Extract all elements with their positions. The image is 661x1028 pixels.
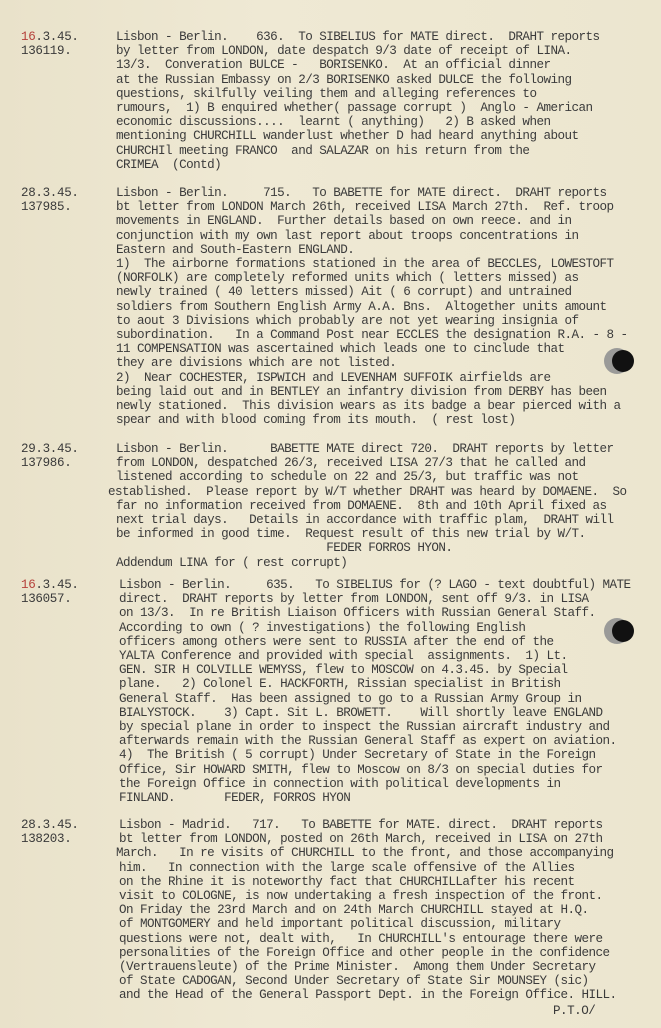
- text-line: questions were not, dealt with, In CHURC…: [119, 932, 656, 946]
- entry-ref: 136057.: [21, 592, 79, 606]
- text-line: by special plane in order to inspect the…: [119, 720, 656, 734]
- text-line: mentioning CHURCHILL wanderlust whether …: [116, 129, 656, 143]
- text-line: CRIMEA (Contd): [116, 158, 656, 172]
- text-line: 1) The airborne formations stationed in …: [116, 257, 656, 271]
- text-line: Lisbon - Berlin. BABETTE MATE direct 720…: [116, 442, 656, 456]
- text-line: economic discussions.... learnt ( anythi…: [116, 115, 656, 129]
- entry-meta: 28.3.45. 138203.: [21, 818, 79, 846]
- text-line: the Foreign Office in connection with po…: [119, 777, 656, 791]
- text-line: rumours, 1) B enquired whether( passage …: [116, 101, 656, 115]
- entry-date: 16.3.45.: [21, 578, 79, 592]
- text-line: personalities of the Foreign Office and …: [119, 946, 656, 960]
- text-line: questions, skilfully veiling them and al…: [116, 87, 656, 101]
- text-line: (Vertrauensleute) of the Prime Minister.…: [119, 960, 656, 974]
- entry-ref: 136119.: [21, 44, 79, 58]
- text-line: officers among others were sent to RUSSI…: [119, 635, 656, 649]
- entry-ref: 137985.: [21, 200, 79, 214]
- text-line: soldiers from Southern English Army A.A.…: [116, 300, 656, 314]
- text-line: 11 COMPENSATION was ascertained which le…: [116, 342, 656, 356]
- entry-ref: 138203.: [21, 832, 79, 846]
- text-line: CHURCHIl meeting FRANCO and SALAZAR on h…: [116, 144, 656, 158]
- text-line: be informed in good time. Request result…: [116, 527, 656, 541]
- text-line: Addendum LINA for ( rest corrupt): [116, 556, 656, 570]
- text-line: Lisbon - Madrid. 717. To BABETTE for MAT…: [119, 818, 656, 832]
- text-line: him. In connection with the large scale …: [119, 861, 656, 875]
- text-line: conjunction with my own last report abou…: [116, 229, 656, 243]
- text-line: Lisbon - Berlin. 715. To BABETTE for MAT…: [116, 186, 656, 200]
- entry-body: Lisbon - Berlin. 715. To BABETTE for MAT…: [116, 186, 656, 427]
- text-line: GEN. SIR H COLVILLE WEMYSS, flew to MOSC…: [119, 663, 656, 677]
- text-line: and the Head of the General Passport Dep…: [119, 988, 656, 1002]
- page-footer-pto: P.T.O/: [553, 1004, 595, 1018]
- text-line: Lisbon - Berlin. 636. To SIBELIUS for MA…: [116, 30, 656, 44]
- text-line: they are divisions which are not listed.: [116, 356, 656, 370]
- entry-body: Lisbon - Berlin. 635. To SIBELIUS for (?…: [116, 578, 656, 805]
- text-line: (NORFOLK) are completely reformed units …: [116, 271, 656, 285]
- text-line: afterwards remain with the Russian Gener…: [119, 734, 656, 748]
- text-line: next trial days. Details in accordance w…: [116, 513, 656, 527]
- text-line: bt letter from LONDON March 26th, receiv…: [116, 200, 656, 214]
- entry-meta: 16.3.45. 136119.: [21, 30, 79, 58]
- entry-body: Lisbon - Madrid. 717. To BABETTE for MAT…: [116, 818, 656, 1003]
- punch-hole: [612, 620, 634, 642]
- text-line: spear and with blood coming from its mou…: [116, 413, 656, 427]
- text-line: newly stationed. This division wears as …: [116, 399, 656, 413]
- entry-date: 29.3.45.: [21, 442, 79, 456]
- text-line: at the Russian Embassy on 2/3 BORISENKO …: [116, 73, 656, 87]
- text-line: on the Rhine it is noteworthy fact that …: [119, 875, 656, 889]
- text-line: According to own ( ? investigations) the…: [119, 621, 656, 635]
- text-line: Eastern and South-Eastern ENGLAND.: [116, 243, 656, 257]
- text-line: to aout 3 Divisions which probably are n…: [116, 314, 656, 328]
- text-line: by letter from LONDON, date despatch 9/3…: [116, 44, 656, 58]
- text-line: from LONDON, despatched 26/3, received L…: [116, 456, 656, 470]
- punch-hole: [612, 350, 634, 372]
- text-line: YALTA Conference and provided with speci…: [119, 649, 656, 663]
- text-line: visit to COLOGNE, is now undertaking a f…: [119, 889, 656, 903]
- text-line: March. In re visits of CHURCHILL to the …: [116, 846, 656, 860]
- text-line: established. Please report by W/T whethe…: [108, 485, 656, 499]
- entry-body: Lisbon - Berlin. 636. To SIBELIUS for MA…: [116, 30, 656, 172]
- text-line: FINLAND. FEDER, FORROS HYON: [119, 791, 656, 805]
- text-line: being laid out and in BENTLEY an infantr…: [116, 385, 656, 399]
- document-page: 16.3.45. 136119. Lisbon - Berlin. 636. T…: [0, 0, 661, 1028]
- entry-meta: 16.3.45. 136057.: [21, 578, 79, 606]
- text-line: On Friday the 23rd March and on 24th Mar…: [119, 903, 656, 917]
- text-line: 13/3. Converation BULCE - BORISENKO. At …: [116, 58, 656, 72]
- text-line: 4) The British ( 5 corrupt) Under Secret…: [119, 748, 656, 762]
- text-line: listened according to schedule on 22 and…: [116, 470, 656, 484]
- text-line: direct. DRAHT reports by letter from LON…: [119, 592, 656, 606]
- text-line: General Staff. Has been assigned to go t…: [119, 692, 656, 706]
- text-line: plane. 2) Colonel E. HACKFORTH, Rissian …: [119, 677, 656, 691]
- text-line: newly trained ( 40 letters missed) Ait (…: [116, 285, 656, 299]
- text-line: of State CADOGAN, Second Under Secretary…: [119, 974, 656, 988]
- text-line: Office, Sir HOWARD SMITH, flew to Moscow…: [119, 763, 656, 777]
- text-line: on 13/3. In re British Liaison Officers …: [119, 606, 656, 620]
- text-line: of MONTGOMERY and held important politic…: [119, 917, 656, 931]
- entry-meta: 29.3.45. 137986.: [21, 442, 79, 470]
- text-line: far no information received from DOMAENE…: [116, 499, 656, 513]
- text-line: 2) Near COCHESTER, ISPWICH and LEVENHAM …: [116, 371, 656, 385]
- text-line: movements in ENGLAND. Further details ba…: [116, 214, 656, 228]
- entry-ref: 137986.: [21, 456, 79, 470]
- text-line: subordination. In a Command Post near EC…: [116, 328, 656, 342]
- entry-meta: 28.3.45. 137985.: [21, 186, 79, 214]
- text-line: FEDER FORROS HYON.: [116, 541, 656, 555]
- text-line: BIALYSTOCK. 3) Capt. Sit L. BROWETT. Wil…: [119, 706, 656, 720]
- entry-date: 16.3.45.: [21, 30, 79, 44]
- text-line: Lisbon - Berlin. 635. To SIBELIUS for (?…: [119, 578, 656, 592]
- entry-date: 28.3.45.: [21, 186, 79, 200]
- entry-body: Lisbon - Berlin. BABETTE MATE direct 720…: [116, 442, 656, 570]
- text-line: bt letter from LONDON, posted on 26th Ma…: [119, 832, 656, 846]
- entry-date: 28.3.45.: [21, 818, 79, 832]
